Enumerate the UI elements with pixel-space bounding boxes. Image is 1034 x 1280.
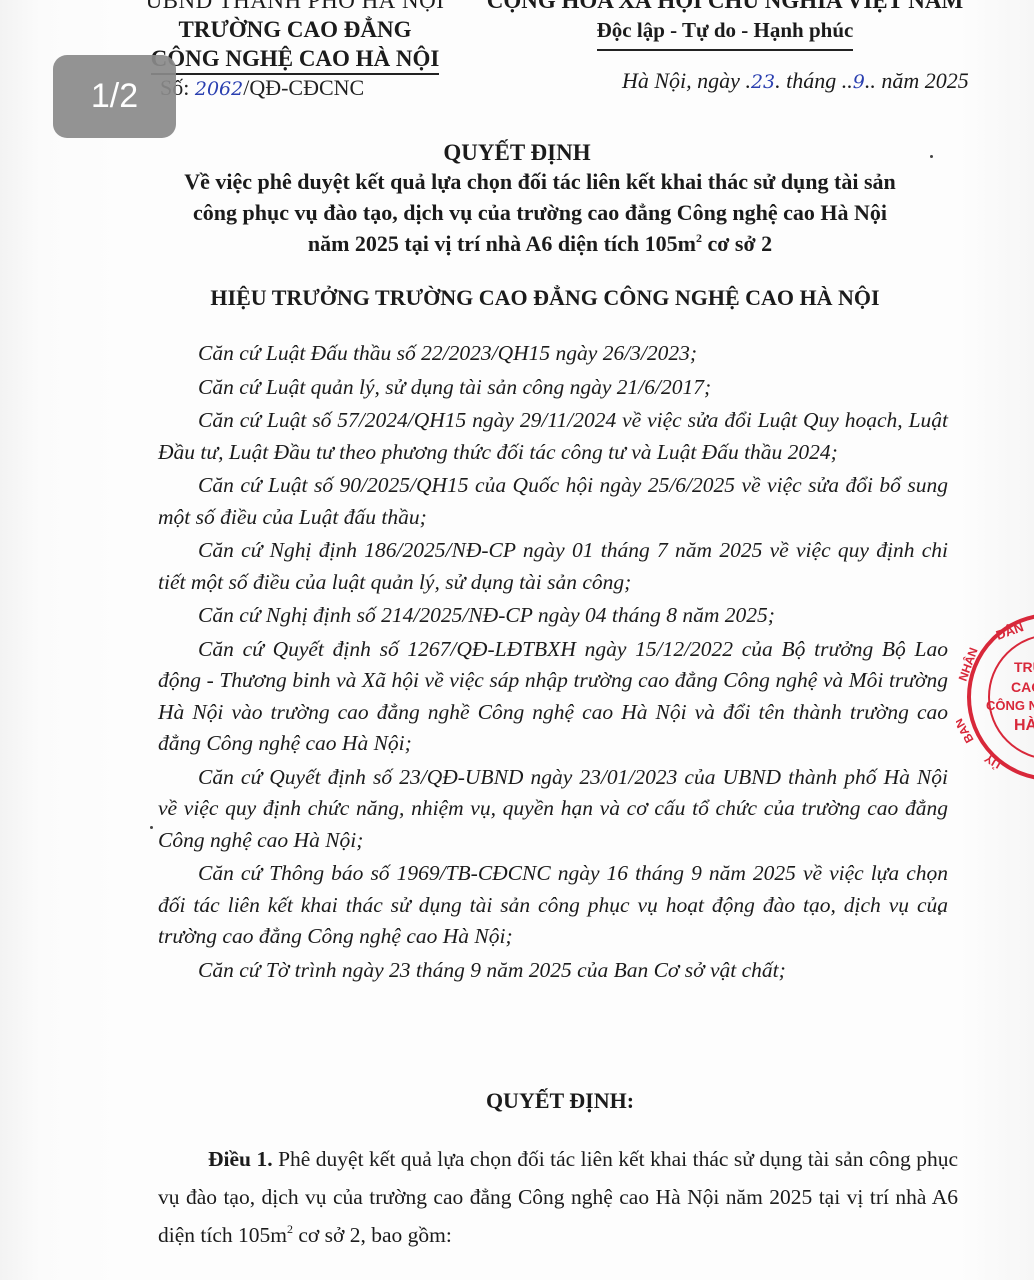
school-name-line2: CÔNG NGHỆ CAO HÀ NỘI	[151, 44, 440, 75]
national-motto: Độc lập - Tự do - Hạnh phúc	[597, 16, 854, 51]
legal-basis-item: Căn cứ Nghị định số 214/2025/NĐ-CP ngày …	[158, 600, 948, 632]
national-title-block: CỘNG HÒA XÃ HỘI CHỦ NGHĨA VIỆT NAM Độc l…	[455, 0, 995, 51]
document-page: UBND THÀNH PHỐ HÀ NỘI TRƯỜNG CAO ĐẲNG CÔ…	[0, 0, 1034, 1280]
scan-speck	[150, 826, 153, 829]
document-title: QUYẾT ĐỊNH	[0, 138, 1034, 168]
scan-speck	[930, 155, 933, 158]
red-seal-stamp: DÂN NHÂN BAN ỦY TRƯỜNG CAO CÔNG NGHỆ HÀ	[956, 612, 1034, 782]
svg-text:DÂN: DÂN	[994, 619, 1026, 643]
issuer-heading: HIỆU TRƯỞNG TRƯỜNG CAO ĐẲNG CÔNG NGHỆ CA…	[0, 285, 1034, 311]
subject-line-1: Về việc phê duyệt kết quả lựa chọn đối t…	[120, 166, 960, 197]
legal-basis-item: Căn cứ Luật số 90/2025/QH15 của Quốc hội…	[158, 470, 948, 533]
svg-text:CAO: CAO	[1011, 679, 1034, 695]
article-label: Điều 1.	[208, 1147, 273, 1171]
subject-line-3: năm 2025 tại vị trí nhà A6 diện tích 105…	[120, 228, 960, 259]
svg-text:ỦY: ỦY	[982, 751, 1004, 772]
svg-text:CÔNG NGHỆ: CÔNG NGHỆ	[986, 698, 1034, 713]
svg-text:TRƯỜNG: TRƯỜNG	[1014, 658, 1034, 675]
year-label: năm 2025	[881, 68, 968, 93]
authority-name: UBND THÀNH PHỐ HÀ NỘI	[130, 0, 460, 15]
article-1: Điều 1. Phê duyệt kết quả lựa chọn đối t…	[158, 1140, 958, 1254]
page-indicator: 1/2	[53, 55, 176, 138]
date-prefix: Hà Nội, ngày	[622, 68, 740, 93]
date-line: Hà Nội, ngày .23. tháng ..9.. năm 2025	[622, 68, 969, 94]
decision-heading: QUYẾT ĐỊNH:	[0, 1088, 1034, 1114]
scan-speck	[938, 912, 941, 915]
document-subject: Về việc phê duyệt kết quả lựa chọn đối t…	[120, 166, 960, 259]
legal-basis-item: Căn cứ Thông báo số 1969/TB-CĐCNC ngày 1…	[158, 858, 948, 953]
legal-basis-item: Căn cứ Quyết định số 1267/QĐ-LĐTBXH ngày…	[158, 634, 948, 760]
school-name-line1: TRƯỜNG CAO ĐẲNG	[130, 15, 460, 44]
legal-basis-item: Căn cứ Luật số 57/2024/QH15 ngày 29/11/2…	[158, 405, 948, 468]
legal-basis-item: Căn cứ Quyết định số 23/QĐ-UBND ngày 23/…	[158, 762, 948, 857]
svg-text:HÀ: HÀ	[1014, 715, 1034, 734]
subject-line-2: công phục vụ đào tạo, dịch vụ của trường…	[120, 197, 960, 228]
legal-bases: Căn cứ Luật Đấu thầu số 22/2023/QH15 ngà…	[158, 338, 948, 986]
legal-basis-item: Căn cứ Tờ trình ngày 23 tháng 9 năm 2025…	[158, 955, 948, 987]
issuing-authority-block: UBND THÀNH PHỐ HÀ NỘI TRƯỜNG CAO ĐẲNG CÔ…	[130, 0, 460, 75]
legal-basis-item: Căn cứ Nghị định 186/2025/NĐ-CP ngày 01 …	[158, 535, 948, 598]
handwritten-day: 23	[751, 71, 775, 93]
handwritten-month: 9	[853, 71, 865, 93]
legal-basis-item: Căn cứ Luật Đấu thầu số 22/2023/QH15 ngà…	[158, 338, 948, 370]
legal-basis-item: Căn cứ Luật quản lý, sử dụng tài sản côn…	[158, 372, 948, 404]
handwritten-doc-number: 2062	[195, 78, 243, 100]
document-number: Số: 2062/QĐ-CĐCNC	[160, 75, 364, 101]
month-label: tháng	[786, 68, 836, 93]
nation-name: CỘNG HÒA XÃ HỘI CHỦ NGHĨA VIỆT NAM	[455, 0, 995, 15]
doc-number-suffix: /QĐ-CĐCNC	[243, 75, 364, 100]
